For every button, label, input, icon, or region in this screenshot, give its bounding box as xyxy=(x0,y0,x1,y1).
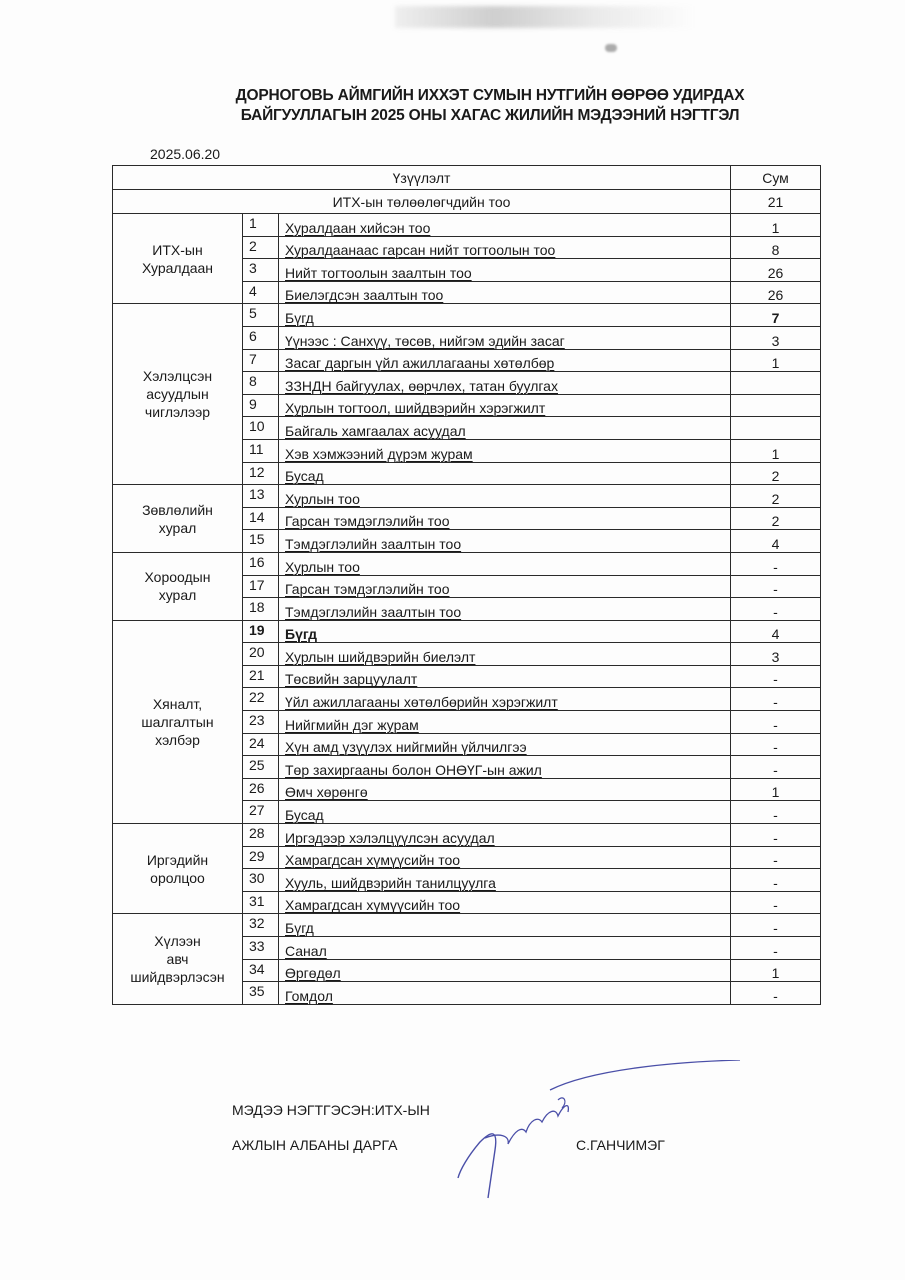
footer-line-1: МЭДЭЭ НЭГТГЭСЭН:ИТХ-ЫН xyxy=(232,1102,430,1118)
row-value: 4 xyxy=(731,530,821,553)
row-number: 35 xyxy=(243,982,279,1005)
row-label: Хуралдаанаас гарсан нийт тогтоолын тоо xyxy=(279,236,731,259)
row-value: - xyxy=(731,982,821,1005)
row-number: 23 xyxy=(243,711,279,734)
row-number: 17 xyxy=(243,575,279,598)
row-label: Хэв хэмжээний дүрэм журам xyxy=(279,439,731,462)
row-number: 15 xyxy=(243,530,279,553)
row-value xyxy=(731,417,821,440)
row-label: Иргэдээр хэлэлцүүлсэн асуудал xyxy=(279,824,731,847)
row-value: 2 xyxy=(731,507,821,530)
row-label: Байгаль хамгаалах асуудал xyxy=(279,417,731,440)
title-line-1: ДОРНОГОВЬ АЙМГИЙН ИХХЭТ СУМЫН НУТГИЙН ӨӨ… xyxy=(180,86,800,106)
row-number: 32 xyxy=(243,914,279,937)
row-label: Биелэгдсэн заалтын тоо xyxy=(279,281,731,304)
row-label: Хурлын тогтоол, шийдвэрийн хэрэгжилт xyxy=(279,394,731,417)
header-indicator: Үзүүлэлт xyxy=(113,166,731,190)
row-label: Хурлын тоо xyxy=(279,552,731,575)
row-label: Засаг даргын үйл ажиллагааны хөтөлбөр xyxy=(279,349,731,372)
scan-artifact-dot xyxy=(605,44,617,52)
row-number: 12 xyxy=(243,462,279,485)
row-label: Хамрагдсан хүмүүсийн тоо xyxy=(279,846,731,869)
row-number: 6 xyxy=(243,326,279,349)
row-number: 33 xyxy=(243,937,279,960)
table-row: Хэлэлцсэнасуудлынчиглэлээр5Бүгд7 xyxy=(113,304,821,327)
row-value: 7 xyxy=(731,304,821,327)
row-value: 1 xyxy=(731,439,821,462)
row-value: 2 xyxy=(731,462,821,485)
row-number: 19 xyxy=(243,620,279,643)
table-row: Хүлээнавчшийдвэрлэсэн32Бүгд- xyxy=(113,914,821,937)
row-number: 28 xyxy=(243,824,279,847)
row-value: 3 xyxy=(731,643,821,666)
row-value: - xyxy=(731,688,821,711)
table-header-row: Үзүүлэлт Сум xyxy=(113,166,821,190)
summary-row: ИТХ-ын төлөөлөгчдийн тоо 21 xyxy=(113,190,821,214)
row-label: Өргөдөл xyxy=(279,959,731,982)
row-value: - xyxy=(731,914,821,937)
group-label: Хороодынхурал xyxy=(113,552,243,620)
scan-artifact xyxy=(395,6,695,28)
row-value: - xyxy=(731,937,821,960)
signature-icon xyxy=(440,1060,770,1210)
row-value: 1 xyxy=(731,349,821,372)
row-value: - xyxy=(731,665,821,688)
row-label: Төсвийн зарцуулалт xyxy=(279,665,731,688)
report-table: Үзүүлэлт Сум ИТХ-ын төлөөлөгчдийн тоо 21… xyxy=(112,165,821,1005)
row-value: - xyxy=(731,552,821,575)
row-value: 4 xyxy=(731,620,821,643)
row-number: 13 xyxy=(243,485,279,508)
row-label: Хурлын тоо xyxy=(279,485,731,508)
row-label: Нийт тогтоолын заалтын тоо xyxy=(279,259,731,282)
row-label: Бусад xyxy=(279,801,731,824)
row-value: 1 xyxy=(731,214,821,237)
row-label: Бусад xyxy=(279,462,731,485)
row-value: 26 xyxy=(731,259,821,282)
row-value: - xyxy=(731,575,821,598)
row-number: 25 xyxy=(243,756,279,779)
row-label: Бүгд xyxy=(279,620,731,643)
report-date: 2025.06.20 xyxy=(150,146,220,162)
row-number: 5 xyxy=(243,304,279,327)
row-value: - xyxy=(731,869,821,892)
row-number: 22 xyxy=(243,688,279,711)
row-number: 27 xyxy=(243,801,279,824)
row-number: 9 xyxy=(243,394,279,417)
group-label: ИТХ-ынХуралдаан xyxy=(113,214,243,304)
row-number: 20 xyxy=(243,643,279,666)
summary-label: ИТХ-ын төлөөлөгчдийн тоо xyxy=(113,190,731,214)
group-label: Хэлэлцсэнасуудлынчиглэлээр xyxy=(113,304,243,485)
row-value: 26 xyxy=(731,281,821,304)
row-label: Үйл ажиллагааны хөтөлбөрийн хэрэгжилт xyxy=(279,688,731,711)
row-value: - xyxy=(731,733,821,756)
row-number: 30 xyxy=(243,869,279,892)
row-label: Хүн амд үзүүлэх нийгмийн үйлчилгээ xyxy=(279,733,731,756)
row-value: 2 xyxy=(731,485,821,508)
row-number: 11 xyxy=(243,439,279,462)
row-number: 1 xyxy=(243,214,279,237)
row-value: - xyxy=(731,756,821,779)
row-number: 4 xyxy=(243,281,279,304)
row-value: - xyxy=(731,711,821,734)
row-value: 1 xyxy=(731,959,821,982)
row-label: Гомдол xyxy=(279,982,731,1005)
row-label: Өмч хөрөнгө xyxy=(279,778,731,801)
row-label: Тэмдэглэлийн заалтын тоо xyxy=(279,530,731,553)
row-label: Үүнээс : Санхүү, төсөв, нийгэм эдийн зас… xyxy=(279,326,731,349)
row-value: - xyxy=(731,598,821,621)
group-label: Хяналт,шалгалтынхэлбэр xyxy=(113,620,243,823)
row-number: 26 xyxy=(243,778,279,801)
row-label: Төр захиргааны болон ОНӨҮГ-ын ажил xyxy=(279,756,731,779)
row-value xyxy=(731,372,821,395)
header-value: Сум xyxy=(731,166,821,190)
table-row: Хороодынхурал16Хурлын тоо- xyxy=(113,552,821,575)
row-number: 18 xyxy=(243,598,279,621)
row-label: Бүгд xyxy=(279,914,731,937)
row-number: 7 xyxy=(243,349,279,372)
row-label: ЗЗНДН байгуулах, өөрчлөх, татан буулгах xyxy=(279,372,731,395)
row-label: Бүгд xyxy=(279,304,731,327)
row-number: 3 xyxy=(243,259,279,282)
row-label: Хууль, шийдвэрийн танилцуулга xyxy=(279,869,731,892)
row-number: 16 xyxy=(243,552,279,575)
row-label: Нийгмийн дэг журам xyxy=(279,711,731,734)
row-label: Гарсан тэмдэглэлийн тоо xyxy=(279,507,731,530)
row-label: Хамрагдсан хүмүүсийн тоо xyxy=(279,891,731,914)
row-number: 31 xyxy=(243,891,279,914)
row-value: 3 xyxy=(731,326,821,349)
row-value: - xyxy=(731,846,821,869)
row-number: 24 xyxy=(243,733,279,756)
table-row: Зөвлөлийнхурал13Хурлын тоо2 xyxy=(113,485,821,508)
title-line-2: БАЙГУУЛЛАГЫН 2025 ОНЫ ХАГАС ЖИЛИЙН МЭДЭЭ… xyxy=(180,106,800,126)
row-number: 2 xyxy=(243,236,279,259)
row-label: Хуралдаан хийсэн тоо xyxy=(279,214,731,237)
table-row: Хяналт,шалгалтынхэлбэр19Бүгд4 xyxy=(113,620,821,643)
table-row: Иргэдийноролцоо28Иргэдээр хэлэлцүүлсэн а… xyxy=(113,824,821,847)
group-label: Зөвлөлийнхурал xyxy=(113,485,243,553)
summary-value: 21 xyxy=(731,190,821,214)
row-number: 29 xyxy=(243,846,279,869)
row-value: - xyxy=(731,824,821,847)
row-value: 8 xyxy=(731,236,821,259)
row-number: 34 xyxy=(243,959,279,982)
row-label: Тэмдэглэлийн заалтын тоо xyxy=(279,598,731,621)
row-value: - xyxy=(731,801,821,824)
row-number: 10 xyxy=(243,417,279,440)
row-value: 1 xyxy=(731,778,821,801)
group-label: Хүлээнавчшийдвэрлэсэн xyxy=(113,914,243,1004)
footer-line-2: АЖЛЫН АЛБАНЫ ДАРГА xyxy=(232,1137,397,1153)
row-number: 21 xyxy=(243,665,279,688)
row-number: 8 xyxy=(243,372,279,395)
row-value xyxy=(731,394,821,417)
row-value: - xyxy=(731,891,821,914)
row-label: Гарсан тэмдэглэлийн тоо xyxy=(279,575,731,598)
table-row: ИТХ-ынХуралдаан1Хуралдаан хийсэн тоо1 xyxy=(113,214,821,237)
row-number: 14 xyxy=(243,507,279,530)
group-label: Иргэдийноролцоо xyxy=(113,824,243,914)
document-title: ДОРНОГОВЬ АЙМГИЙН ИХХЭТ СУМЫН НУТГИЙН ӨӨ… xyxy=(180,86,800,126)
row-label: Санал xyxy=(279,937,731,960)
row-label: Хурлын шийдвэрийн биелэлт xyxy=(279,643,731,666)
